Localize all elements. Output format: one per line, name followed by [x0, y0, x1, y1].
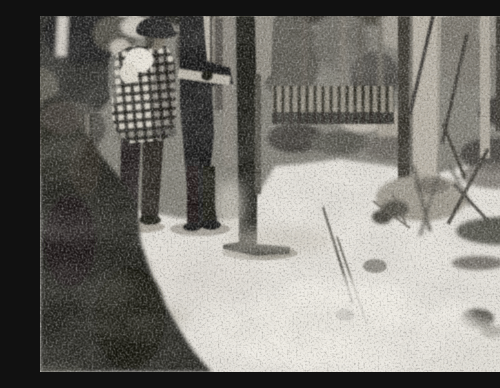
photograph: [40, 16, 500, 372]
photo-canvas: [40, 16, 500, 372]
film-grain-light: [40, 16, 500, 372]
